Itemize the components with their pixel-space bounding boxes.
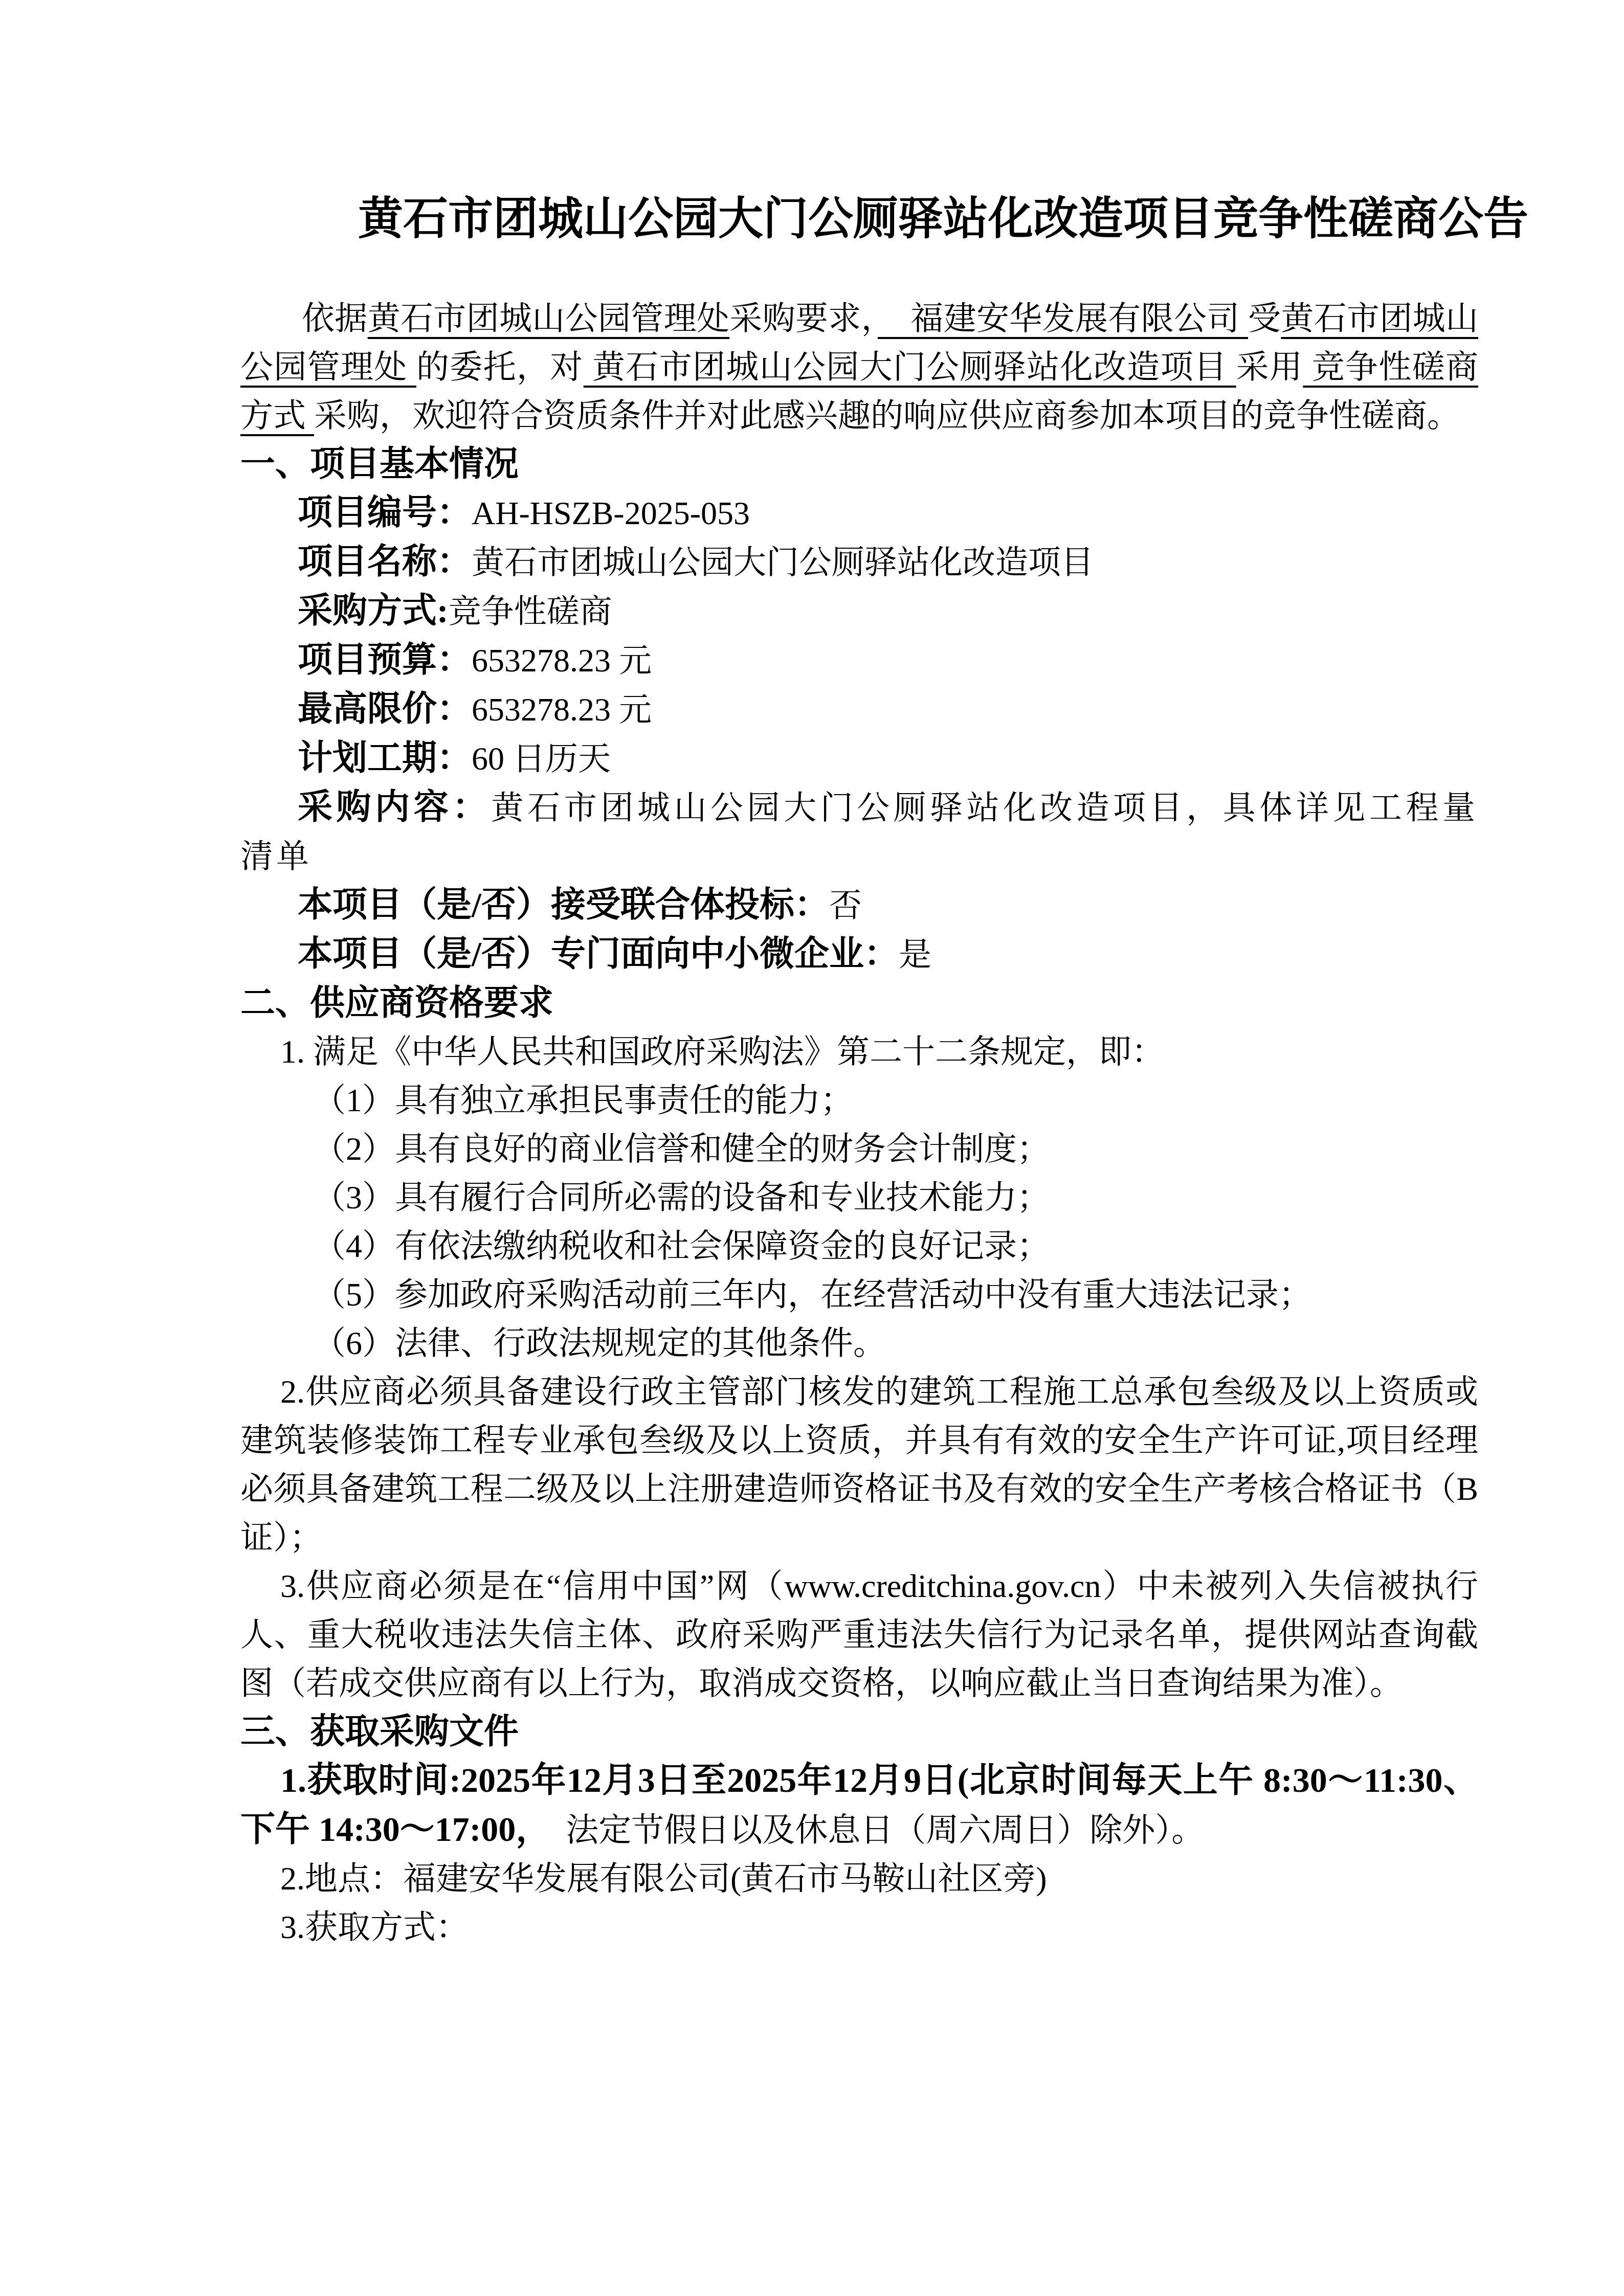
intro-seg-2: 采购要求， [729, 300, 878, 336]
intro-seg-project-name: 黄石市团城山公园大门公厕驿站化改造项目 [584, 349, 1236, 385]
field-project-budget-value: 653278.23 元 [472, 642, 652, 679]
field-planned-duration: 计划工期：60 日历天 [240, 734, 1478, 783]
intro-paragraph: 依据黄石市团城山公园管理处采购要求， 福建安华发展有限公司 受黄石市团城山公园管… [240, 294, 1478, 440]
field-planned-duration-label: 计划工期： [298, 738, 472, 777]
field-procurement-method-value: 竞争性磋商 [449, 593, 612, 629]
section3-heading: 三、获取采购文件 [240, 1707, 1478, 1756]
page-title: 黄石市团城山公园大门公厕驿站化改造项目竞争性磋商公告 [358, 188, 1478, 251]
field-sme-oriented: 本项目（是/否）专门面向中小微企业：是 [240, 930, 1478, 979]
intro-seg-agency: 福建安华发展有限公司 [878, 300, 1248, 336]
section2-heading: 二、供应商资格要求 [240, 979, 1478, 1027]
field-joint-bid-value: 否 [829, 887, 862, 924]
requirement-credit-china: 3.供应商必须是在“信用中国”网（www.creditchina.gov.cn）… [240, 1562, 1478, 1707]
intro-seg-6: 的委托，对 [416, 349, 584, 385]
field-max-price: 最高限价：653278.23 元 [240, 685, 1478, 734]
intro-seg-purchaser: 黄石市团城山公园管理处 [368, 300, 730, 336]
requirement-law: 1. 满足《中华人民共和国政府采购法》第二十二条规定，即： [240, 1027, 1478, 1076]
obtain-time-rest: 法定节假日以及休息日（周六周日）除外）。 [533, 1812, 1204, 1848]
requirement-sub-3: （3）具有履行合同所必需的设备和专业技术能力； [240, 1173, 1478, 1222]
announcement-page: 黄石市团城山公园大门公厕驿站化改造项目竞争性磋商公告 依据黄石市团城山公园管理处… [0, 0, 1624, 2296]
field-project-budget-label: 项目预算： [298, 640, 472, 679]
obtain-location: 2.地点：福建安华发展有限公司(黄石市马鞍山社区旁) [240, 1854, 1478, 1903]
field-procurement-content-label: 采购内容： [298, 787, 491, 826]
requirement-sub-5: （5）参加政府采购活动前三年内，在经营活动中没有重大违法记录； [240, 1270, 1478, 1319]
intro-seg-10: 采购，欢迎符合资质条件并对此感兴趣的响应供应商参加本项目的竞争性磋商。 [314, 397, 1460, 434]
obtain-time: 1.获取时间:2025年12月3日至2025年12月9日(北京时间每天上午 8:… [240, 1756, 1478, 1854]
field-max-price-label: 最高限价： [298, 689, 472, 728]
field-project-number-label: 项目编号： [298, 493, 472, 532]
field-project-name-value: 黄石市团城山公园大门公厕驿站化改造项目 [472, 544, 1094, 580]
field-project-number-value: AH-HSZB-2025-053 [472, 495, 750, 531]
field-joint-bid-label: 本项目（是/否）接受联合体投标： [298, 885, 829, 924]
intro-seg-8: 采用 [1236, 349, 1303, 385]
field-planned-duration-value: 60 日历天 [472, 740, 611, 777]
field-procurement-method: 采购方式:竞争性磋商 [240, 587, 1478, 636]
field-project-budget: 项目预算：653278.23 元 [240, 636, 1478, 685]
field-project-name-label: 项目名称： [298, 542, 472, 581]
requirement-qualification: 2.供应商必须具备建设行政主管部门核发的建筑工程施工总承包叁级及以上资质或建筑装… [240, 1367, 1478, 1562]
requirement-sub-4: （4）有依法缴纳税收和社会保障资金的良好记录； [240, 1222, 1478, 1270]
requirement-sub-6: （6）法律、行政法规规定的其他条件。 [240, 1319, 1478, 1367]
field-project-number: 项目编号：AH-HSZB-2025-053 [240, 488, 1478, 537]
requirement-sub-2: （2）具有良好的商业信誉和健全的财务会计制度； [240, 1124, 1478, 1173]
obtain-method: 3.获取方式： [240, 1903, 1478, 1951]
field-procurement-method-label: 采购方式: [298, 591, 449, 630]
field-sme-oriented-value: 是 [899, 936, 931, 973]
field-max-price-value: 653278.23 元 [472, 691, 652, 728]
field-project-name: 项目名称：黄石市团城山公园大门公厕驿站化改造项目 [240, 537, 1478, 587]
intro-seg-0: 依据 [302, 300, 368, 336]
field-sme-oriented-label: 本项目（是/否）专门面向中小微企业： [298, 934, 899, 973]
section1-heading: 一、项目基本情况 [240, 440, 1478, 488]
requirement-sub-1: （1）具有独立承担民事责任的能力； [240, 1076, 1478, 1124]
intro-seg-4: 受 [1248, 300, 1281, 336]
field-procurement-content: 采购内容：黄石市团城山公园大门公厕驿站化改造项目，具体详见工程量清单 [240, 783, 1478, 881]
field-joint-bid: 本项目（是/否）接受联合体投标：否 [240, 881, 1478, 930]
